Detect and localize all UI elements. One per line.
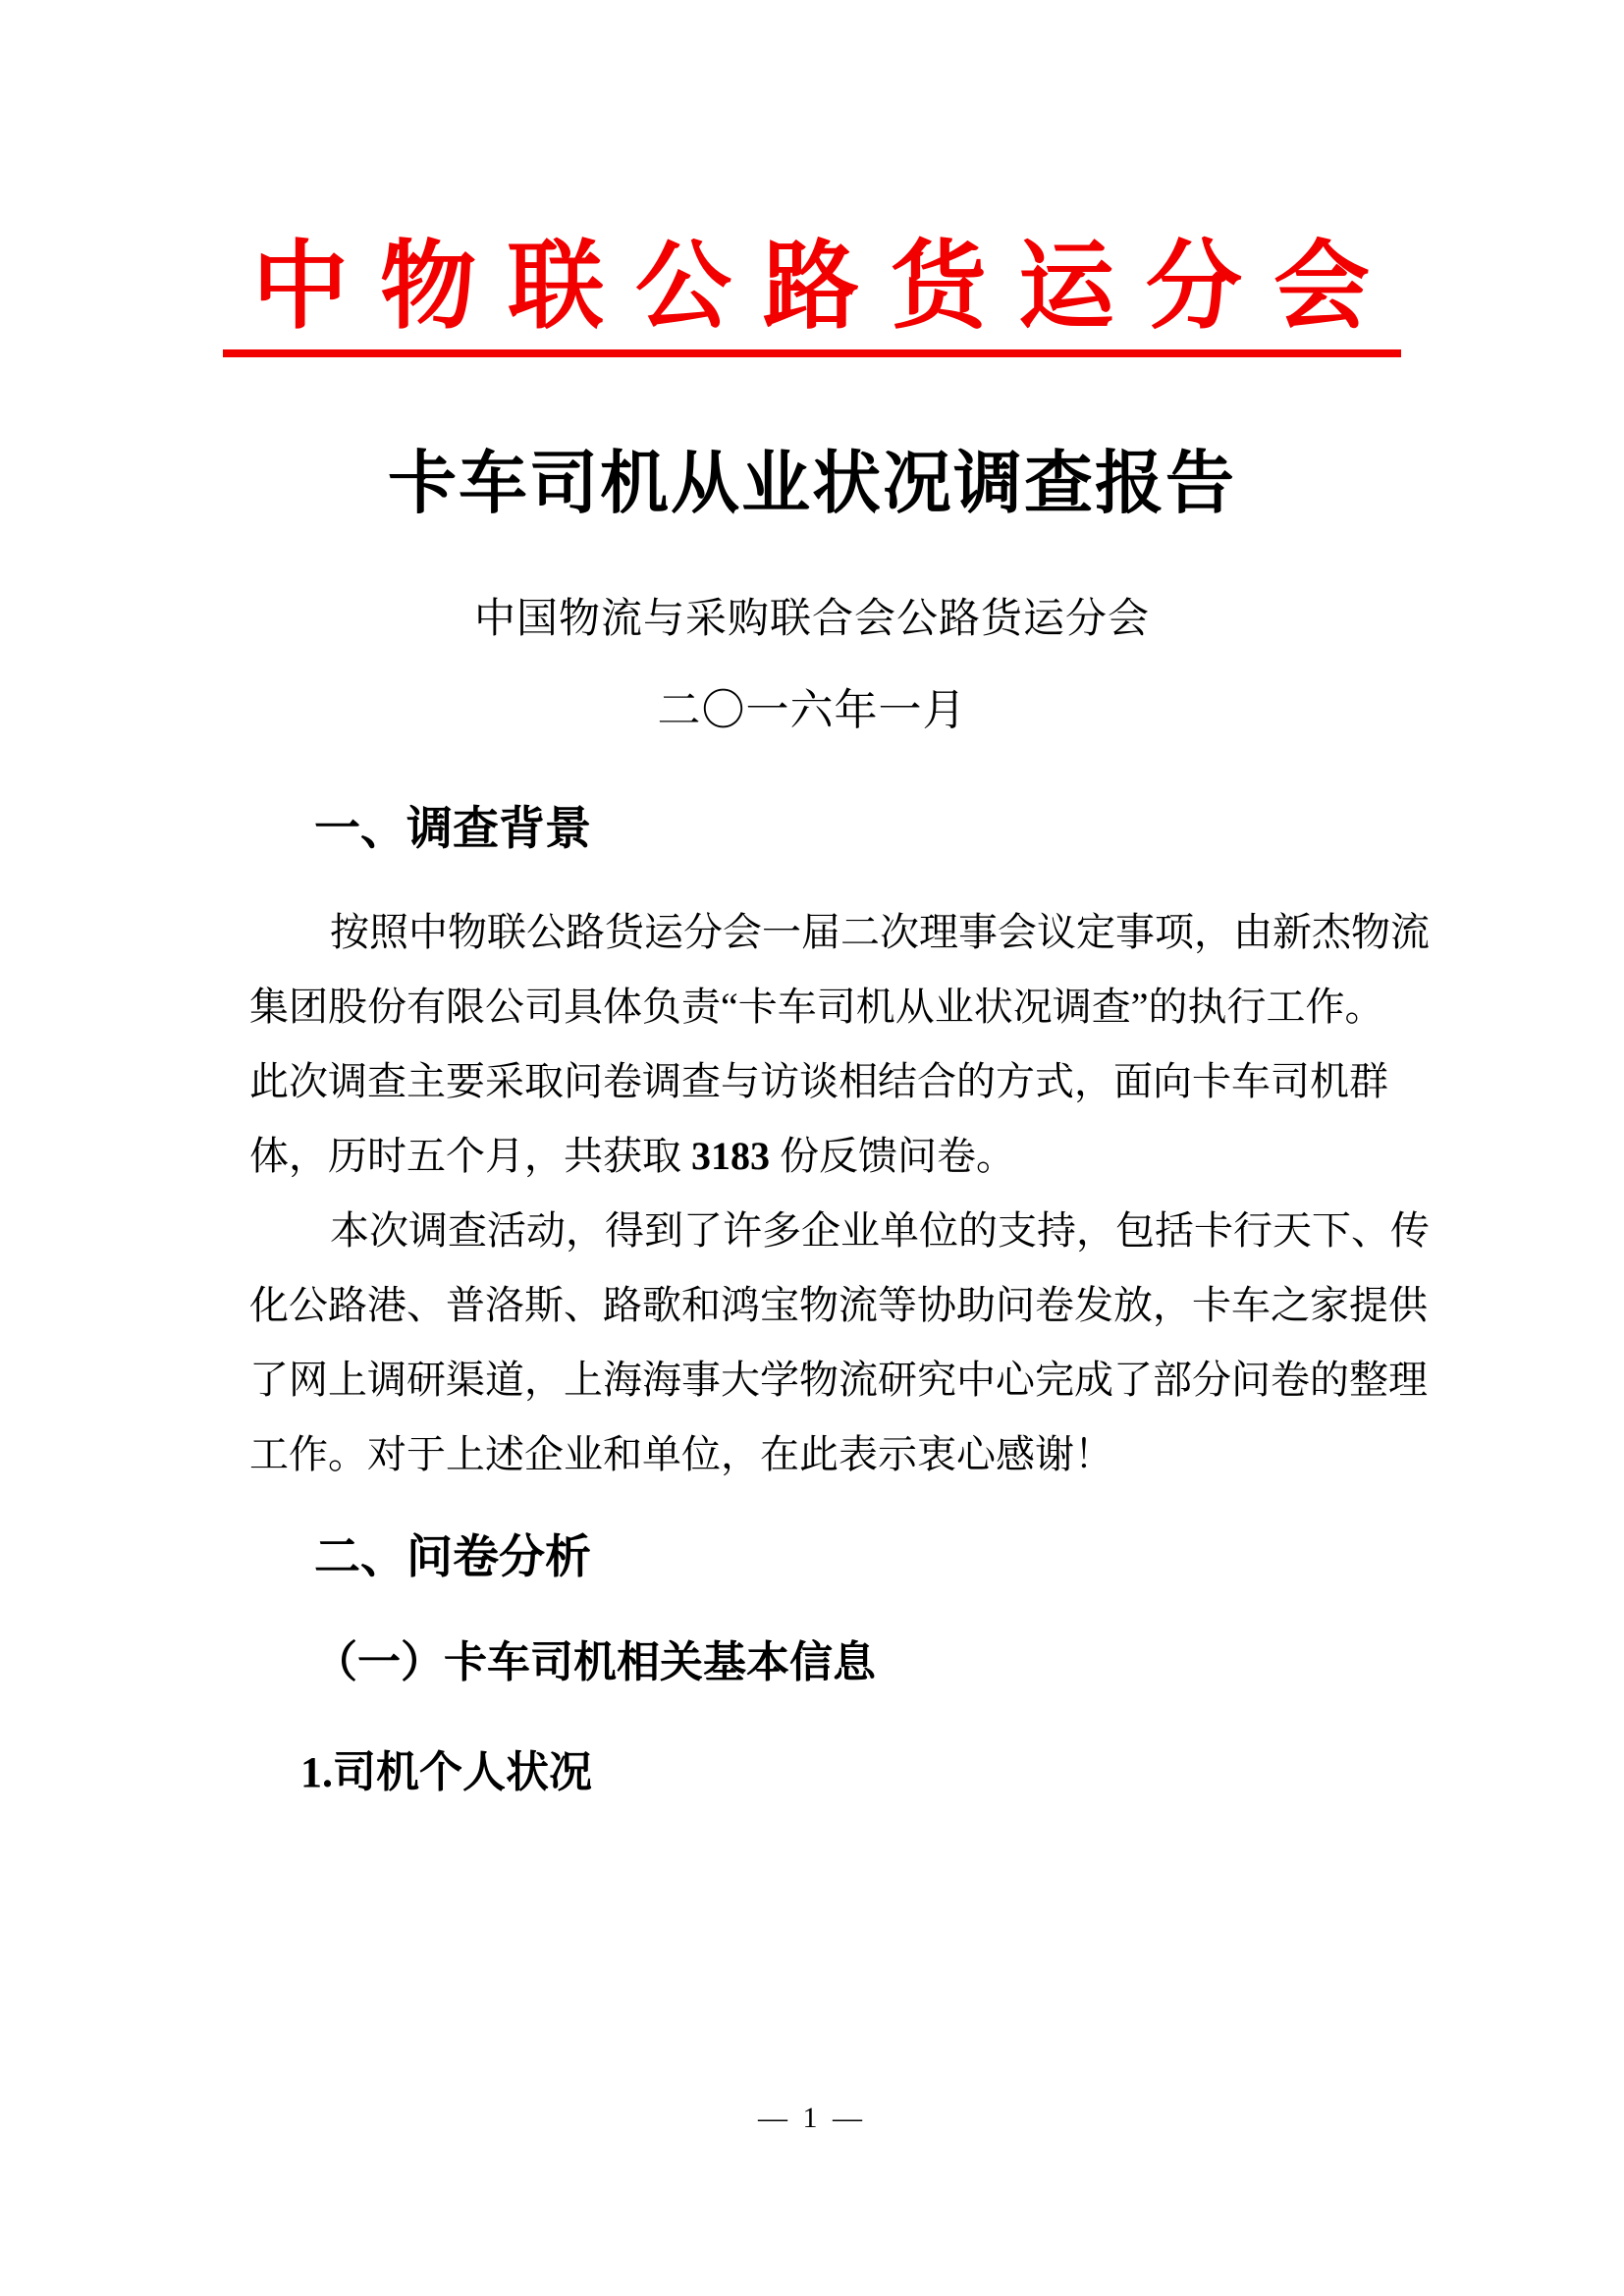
section-2-heading: 二、问卷分析 xyxy=(249,1523,1377,1592)
masthead-text: 中物联公路货运分会 xyxy=(223,234,1401,357)
report-title: 卡车司机从业状况调查报告 xyxy=(0,444,1624,526)
section-1-heading: 一、调查背景 xyxy=(249,795,1377,864)
paragraph-line: 化公路港、普洛斯、路歌和鸿宝物流等协助问卷发放，卡车之家提供 xyxy=(249,1268,1377,1343)
paragraph-line: 此次调查主要采取问卷调查与访谈相结合的方式，面向卡车司机群 xyxy=(249,1044,1377,1119)
paragraph-line: 了网上调研渠道，上海海事大学物流研究中心完成了部分问卷的整理 xyxy=(249,1343,1377,1417)
paragraph-2: 本次调查活动，得到了许多企业单位的支持，包括卡行天下、传 化公路港、普洛斯、路歌… xyxy=(249,1194,1377,1492)
subsection-heading: （一）卡车司机相关基本信息 xyxy=(249,1629,1377,1696)
paragraph-line: 工作。对于上述企业和单位，在此表示衷心感谢！ xyxy=(249,1417,1377,1492)
response-count: 3183 xyxy=(691,1134,770,1178)
report-date: 二〇一六年一月 xyxy=(0,679,1624,742)
paragraph-line: 按照中物联公路货运分会一届二次理事会议定事项，由新杰物流 xyxy=(249,895,1377,970)
paragraph-line: 体，历时五个月，共获取 3183 份反馈问卷。 xyxy=(249,1119,1377,1194)
line-text: 体，历时五个月，共获取 xyxy=(249,1134,691,1178)
paragraph-line: 集团股份有限公司具体负责“卡车司机从业状况调查”的执行工作。 xyxy=(249,970,1377,1044)
item-heading: 1.司机个人状况 xyxy=(249,1739,1377,1806)
report-subtitle: 中国物流与采购联合会公路货运分会 xyxy=(0,589,1624,650)
document-page: 中物联公路货运分会 卡车司机从业状况调查报告 中国物流与采购联合会公路货运分会 … xyxy=(0,0,1624,2296)
paragraph-line: 本次调查活动，得到了许多企业单位的支持，包括卡行天下、传 xyxy=(249,1194,1377,1268)
line-text: 份反馈问卷。 xyxy=(770,1134,1015,1178)
masthead-banner: 中物联公路货运分会 xyxy=(0,234,1624,357)
page-number: — 1 — xyxy=(0,2097,1624,2140)
paragraph-1: 按照中物联公路货运分会一届二次理事会议定事项，由新杰物流 集团股份有限公司具体负… xyxy=(249,895,1377,1194)
